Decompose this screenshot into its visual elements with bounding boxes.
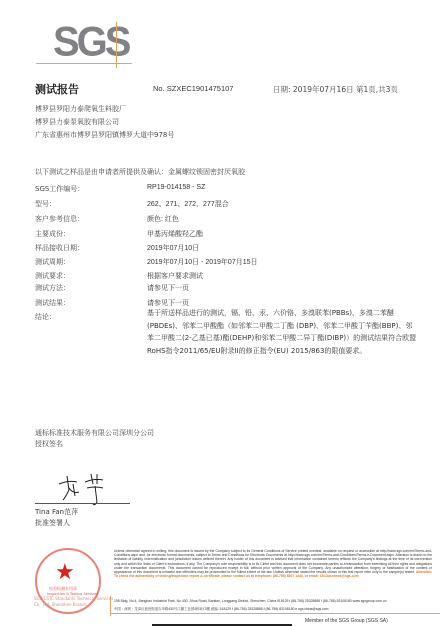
field-label-test-request: 测试要求： (35, 271, 70, 281)
field-label-receipt-date: 样品接收日期： (35, 243, 84, 253)
field-label-job-no: SGS工作编号： (35, 184, 84, 194)
applicant-line-2: 博罗县力泰泵氧胶有限公司 (35, 117, 119, 127)
handwritten-signature (55, 468, 115, 508)
field-value-job-no: RP19-014158 - SZ (147, 184, 205, 191)
applicant-address: 广东省惠州市博罗县罗阳镇博罗大道中978号 (35, 130, 174, 140)
field-label-client-ref: 客户参考信息： (35, 214, 84, 224)
field-value-test-method: 请参见下一页 (147, 283, 189, 293)
signatory-name: Tina Fan范萍 (35, 507, 78, 518)
field-label-test-period: 测试周期： (35, 257, 70, 267)
signing-company: 通标标准技术服务有限公司深圳分公司 授权签名 (35, 428, 154, 450)
field-label-test-method: 测试方法： (35, 283, 70, 293)
field-value-main-component: 甲基丙烯酸羟乙酯 (147, 229, 203, 239)
conclusion-text: 基于所送样品进行的测试，镉、铅、汞、六价铬、多溴联苯(PBBs)、多溴二苯醚(P… (147, 307, 417, 357)
field-value-test-request: 根据客户要求测试 (147, 271, 203, 281)
logo-text: SGS (53, 19, 128, 65)
applicant-line-1: 博罗县罗阳力泰爬氧生料胶厂 (35, 104, 126, 114)
field-label-model: 型号： (35, 199, 56, 209)
report-number: No. SZXEC1901475107 (153, 84, 233, 93)
footer-address-cn: 中国・深圳・龙岗区坂田街道吉华路430号江灏工业园4栋5区3楼 邮编: 5181… (114, 606, 329, 611)
field-label-test-result: 测试结果： (35, 298, 70, 308)
stamp-company: SGS-CSTC Standards Technical Services Co… (34, 596, 114, 608)
legal-disclaimer: Unless otherwise agreed in writing, this… (114, 549, 432, 578)
field-value-test-period: 2019年07月10日 - 2019年07月15日 (147, 257, 258, 267)
sample-intro: 以下测试之样品是由申请者所提供及确认：金属螺纹锁固密封厌氧胶 (35, 167, 245, 177)
field-label-main-component: 主要成份： (35, 229, 70, 239)
signatory-role: 批准签署人 (35, 518, 78, 529)
report-date: 日期: 2019年07月16日 (273, 84, 354, 95)
logo-divider-horizontal (36, 63, 132, 64)
field-value-receipt-date: 2019年07月10日 (147, 243, 199, 253)
footer-address-en: 198 Bldg, No.4, Jianghao Industrial Park… (114, 599, 387, 603)
field-value-client-ref: 颜色: 红色 (147, 214, 179, 224)
page-indicator: 第1页,共3页 (356, 84, 398, 95)
field-label-conclusion: 结论： (35, 312, 56, 322)
footer-divider-horizontal (110, 613, 440, 614)
sgs-logo: SGS (36, 20, 132, 70)
signing-company-name: 通标标准技术服务有限公司深圳分公司 (35, 428, 154, 439)
logo-divider-vertical (116, 22, 117, 68)
star-icon: ★ (55, 562, 75, 584)
field-value-model: 262、271、272、277混合 (147, 199, 229, 209)
legal-text: Unless otherwise agreed in writing, this… (114, 549, 432, 574)
footer-bar (152, 624, 292, 626)
member-text: Member of the SGS Group (SGS SA) (305, 618, 388, 624)
signature-line (35, 503, 130, 504)
report-title: 测试报告 (35, 81, 79, 97)
signatory: Tina Fan范萍 批准签署人 (35, 507, 78, 529)
authorized-signature-label: 授权签名 (35, 439, 154, 450)
